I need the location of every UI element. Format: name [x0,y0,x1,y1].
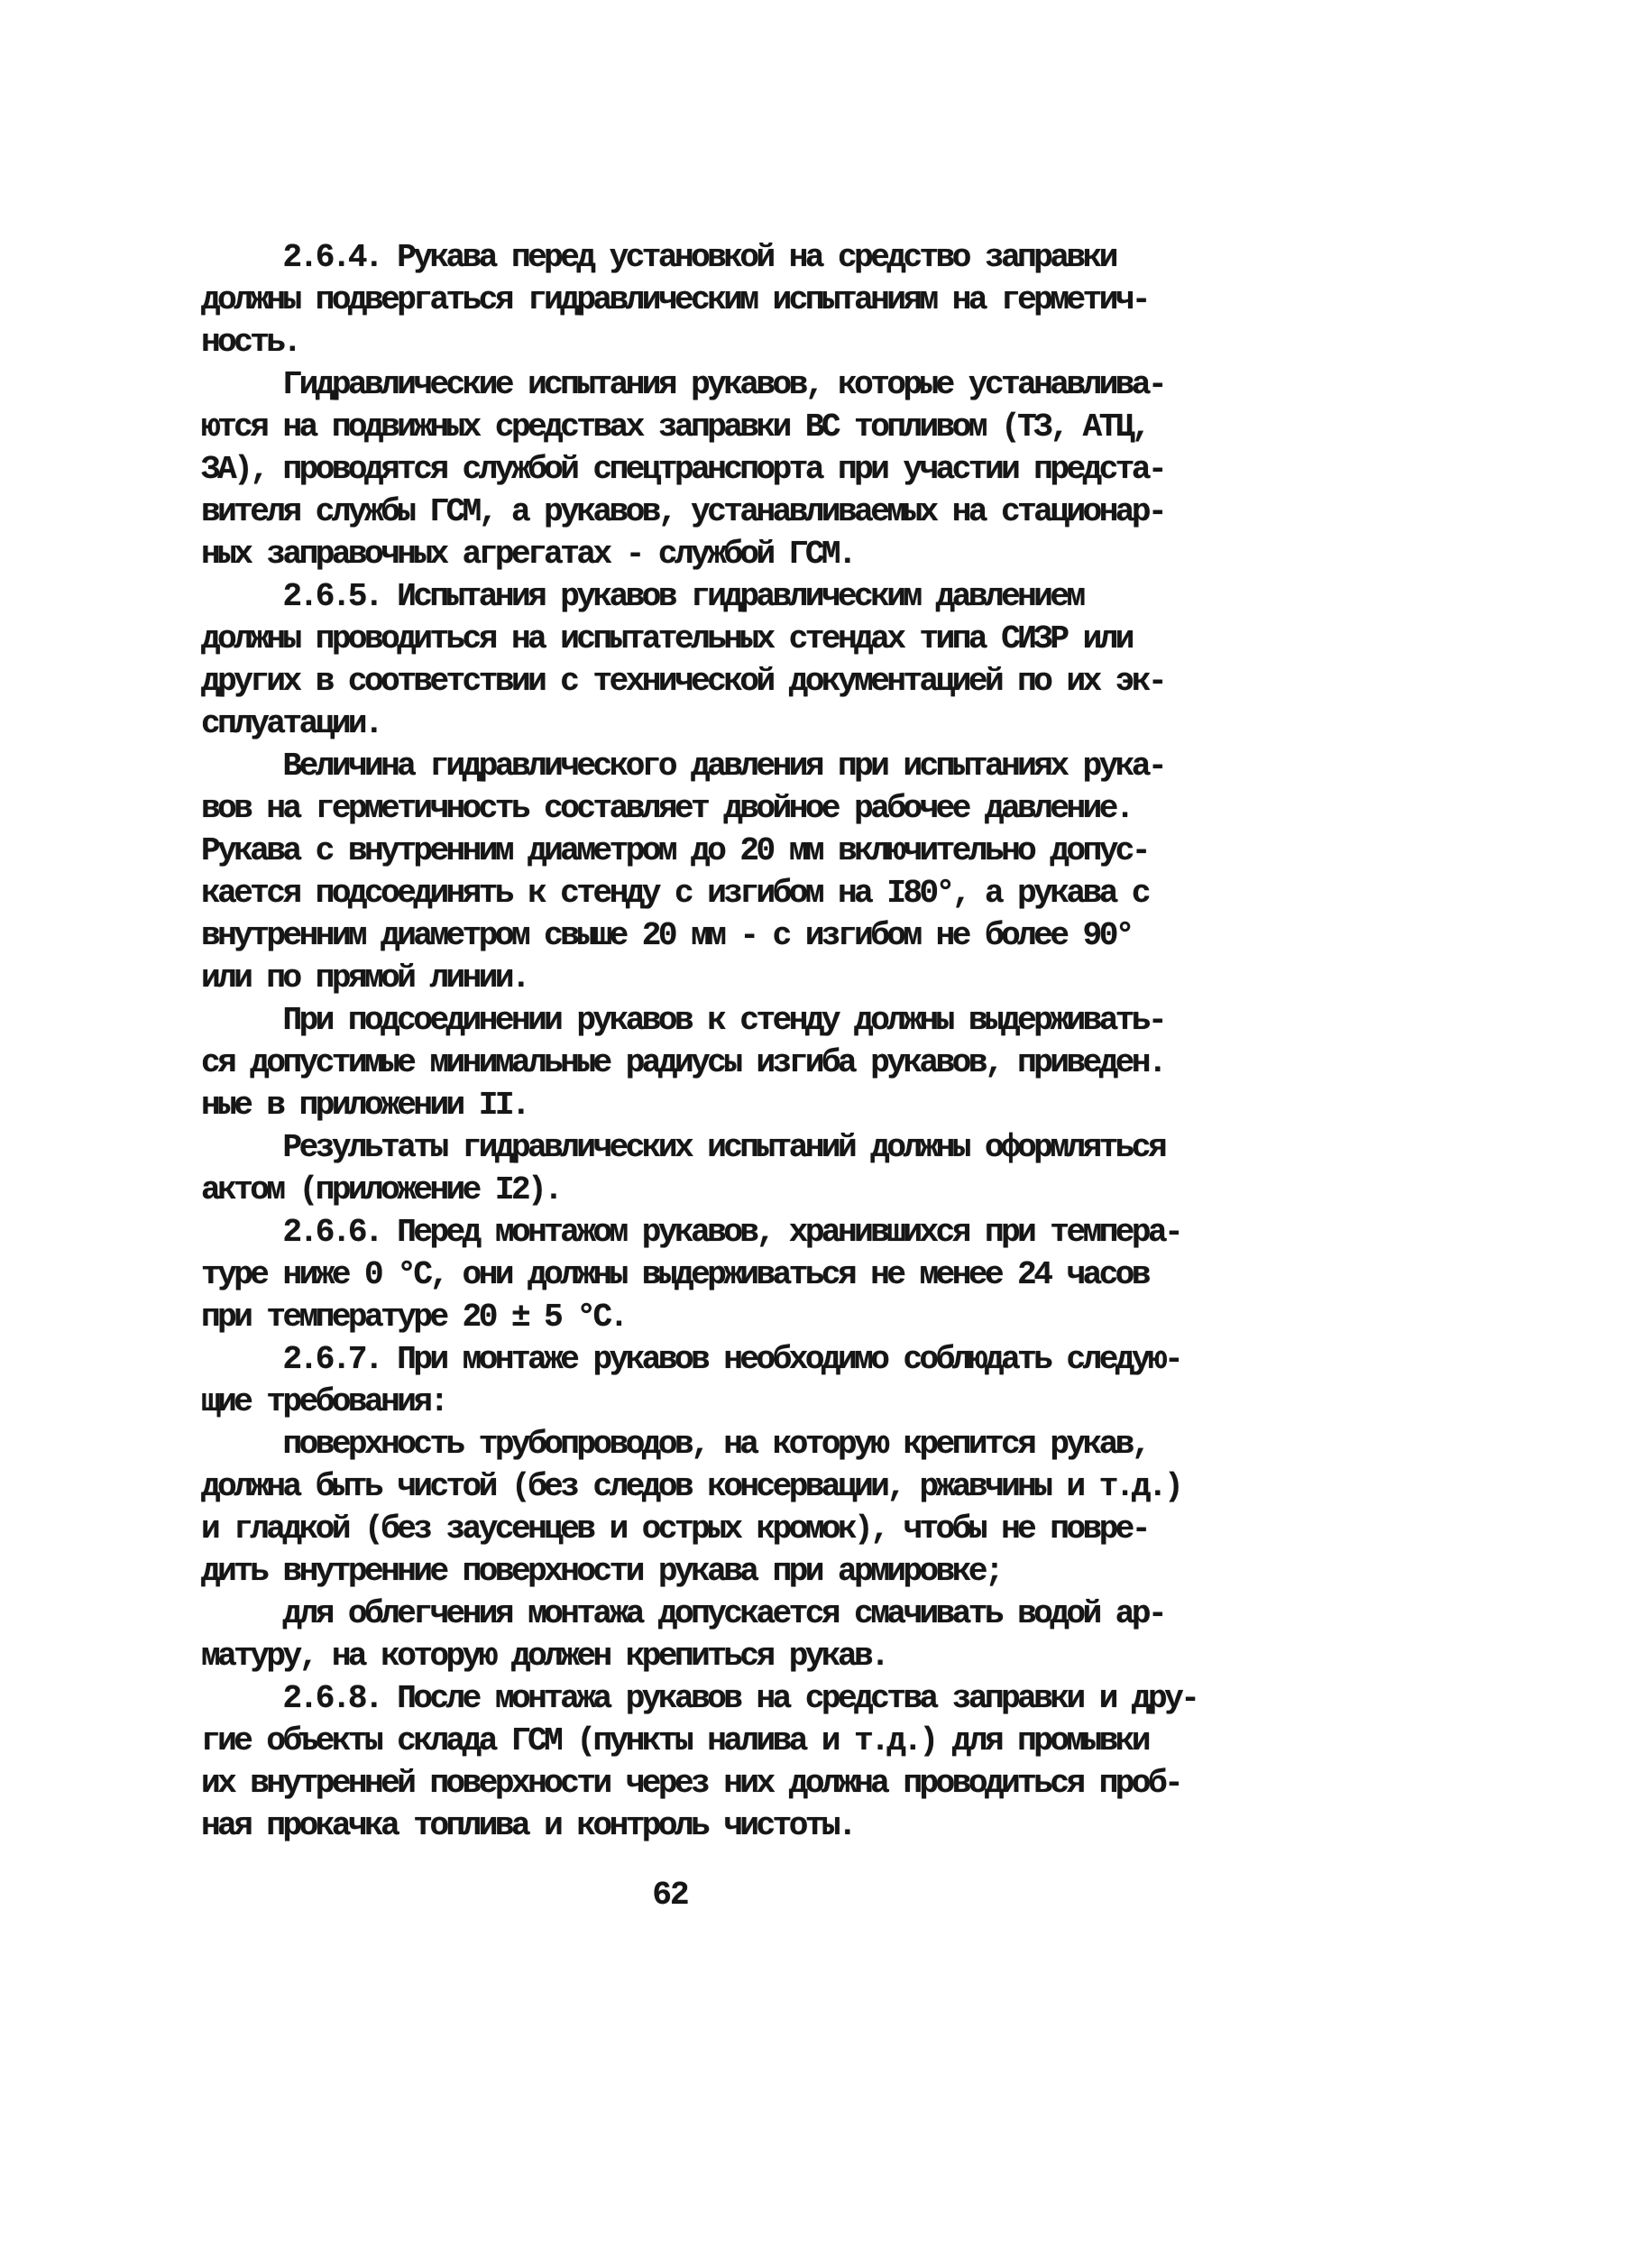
text-line-28: щие требования: [201,1381,1247,1423]
text-line-13: Величина гидравлического давления при ис… [201,745,1247,787]
text-line-35: 2.6.8. После монтажа рукавов на средства… [201,1677,1247,1720]
text-line-25: туре ниже 0 °С, они должны выдерживаться… [201,1253,1247,1296]
text-line-29: поверхность трубопроводов, на которую кр… [201,1423,1247,1465]
text-line-33: для облегчения монтажа допускается смачи… [201,1593,1247,1635]
text-line-14: вов на герметичность составляет двойное … [201,787,1247,830]
text-line-7: вителя службы ГСМ, а рукавов, устанавлив… [201,491,1247,533]
text-line-6: ЗА), проводятся службой спецтранспорта п… [201,448,1247,491]
text-line-38: ная прокачка топлива и контроль чистоты. [201,1804,1247,1847]
text-line-37: их внутренней поверхности через них долж… [201,1762,1247,1804]
text-line-22: Результаты гидравлических испытаний долж… [201,1126,1247,1169]
text-line-12: сплуатации. [201,702,1247,745]
text-line-3: ность. [201,321,1247,363]
text-line-30: должна быть чистой (без следов консервац… [201,1465,1247,1508]
text-lines: 2.6.4. Рукава перед установкой на средст… [201,236,1247,1847]
text-line-21: ные в приложении II. [201,1084,1247,1126]
text-line-10: должны проводиться на испытательных стен… [201,618,1247,660]
text-line-23: актом (приложение I2). [201,1169,1247,1211]
text-line-20: ся допустимые минимальные радиусы изгиба… [201,1042,1247,1084]
text-line-17: внутренним диаметром свыше 20 мм - с изг… [201,914,1247,957]
text-line-15: Рукава с внутренним диаметром до 20 мм в… [201,830,1247,872]
text-line-8: ных заправочных агрегатах - службой ГСМ. [201,533,1247,575]
text-line-32: дить внутренние поверхности рукава при а… [201,1550,1247,1593]
document-page: 2.6.4. Рукава перед установкой на средст… [0,0,1634,2268]
text-line-2: должны подвергаться гидравлическим испыт… [201,279,1247,321]
text-line-18: или по прямой линии. [201,957,1247,999]
text-line-27: 2.6.7. При монтаже рукавов необходимо со… [201,1338,1247,1381]
text-line-19: При подсоединении рукавов к стенду должн… [201,999,1247,1042]
text-line-9: 2.6.5. Испытания рукавов гидравлическим … [201,575,1247,618]
text-line-31: и гладкой (без заусенцев и острых кромок… [201,1508,1247,1550]
text-line-11: других в соответствии с технической доку… [201,660,1247,702]
text-line-4: Гидравлические испытания рукавов, которы… [201,363,1247,406]
text-line-16: кается подсоединять к стенду с изгибом н… [201,872,1247,914]
text-line-1: 2.6.4. Рукава перед установкой на средст… [201,236,1247,279]
text-line-24: 2.6.6. Перед монтажом рукавов, хранивших… [201,1211,1247,1253]
text-line-36: гие объекты склада ГСМ (пункты налива и … [201,1720,1247,1762]
text-line-5: ются на подвижных средствах заправки ВС … [201,406,1247,448]
page-number: 62 [201,1878,1139,1914]
text-line-34: матуру, на которую должен крепиться рука… [201,1635,1247,1677]
text-line-26: при температуре 20 ± 5 °С. [201,1296,1247,1338]
